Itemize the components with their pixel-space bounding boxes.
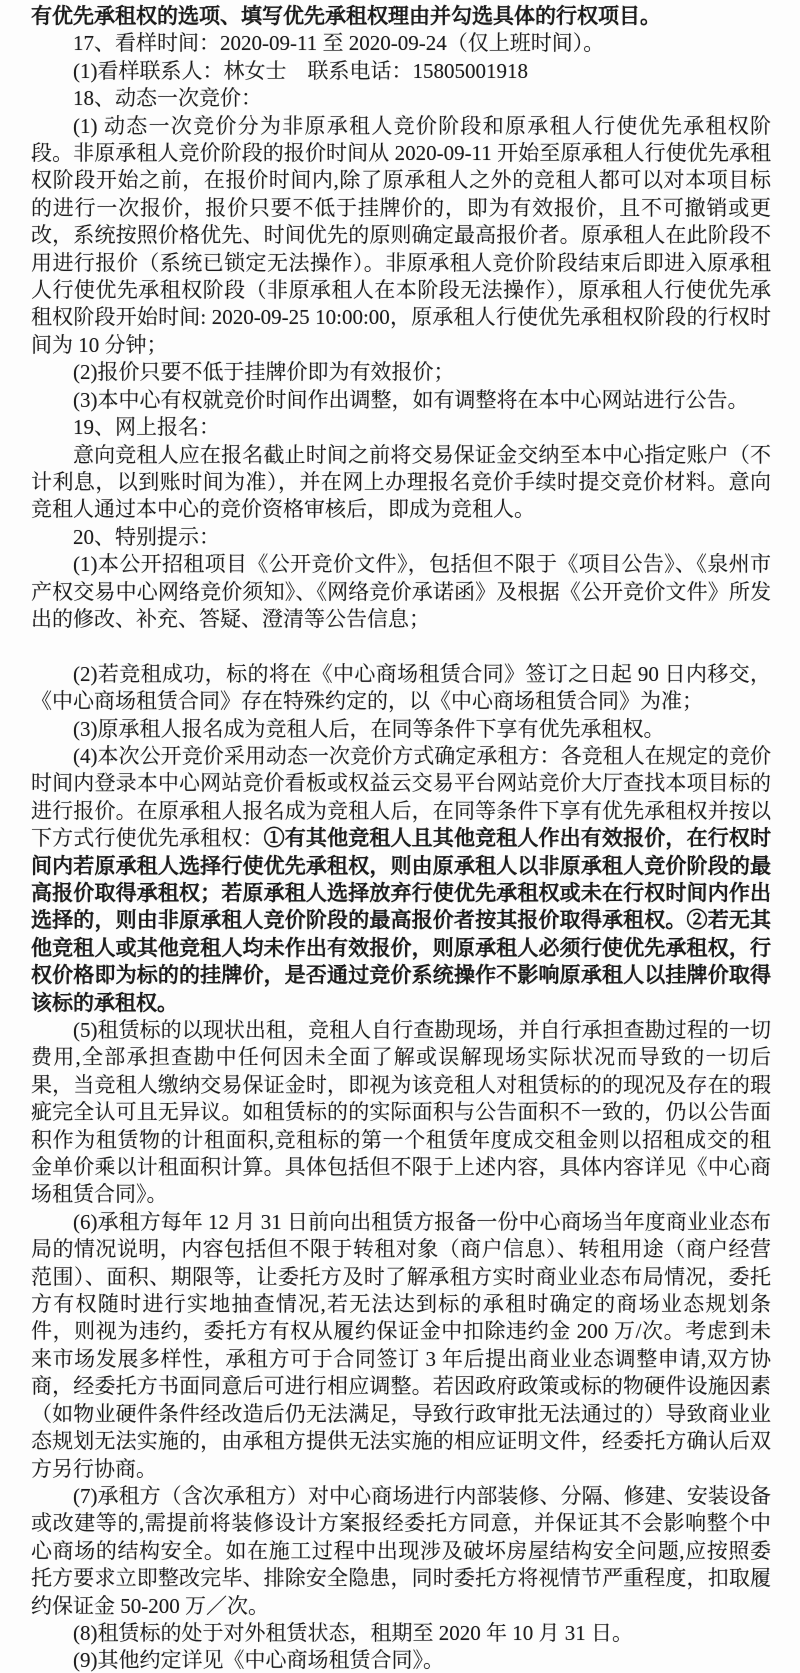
paragraph-text: (1)本公开招租项目《公开竞价文件》，包括但不限于《项目公告》、《泉州市产权交易… [31, 552, 771, 631]
paragraph: (1) 动态一次竞价分为非原承租人竞价阶段和原承租人行使优先承租权阶段。非原承租… [31, 113, 771, 360]
paragraph-text: (7)承租方（含次承租方）对中心商场进行内部装修、分隔、修建、安装设备或改建等的… [31, 1484, 771, 1618]
paragraph: (5)租赁标的以现状出租，竞租人自行查勘现场，并自行承担查勘过程的一切费用,全部… [31, 1017, 771, 1209]
paragraph: (4)本次公开竞价采用动态一次竞价方式确定承租方：各竞租人在规定的竞价时间内登录… [31, 743, 771, 1017]
paragraph: 18、动态一次竞价： [31, 85, 771, 112]
paragraph-text: (1) 动态一次竞价分为非原承租人竞价阶段和原承租人行使优先承租权阶段。非原承租… [31, 114, 771, 357]
paragraph: (3)原承租人报名成为竞租人后，在同等条件下享有优先承租权。 [31, 716, 771, 743]
paragraph: (8)租赁标的处于对外租赁状态，租期至 2020 年 10 月 31 日。 [31, 1620, 771, 1647]
paragraph: 20、特别提示： [31, 524, 771, 551]
paragraph: 17、看样时间：2020-09-11 至 2020-09-24（仅上班时间）。 [31, 30, 771, 57]
paragraph-text: 17、看样时间：2020-09-11 至 2020-09-24（仅上班时间）。 [73, 31, 604, 55]
paragraph-text: (1)看样联系人：林女士 联系电话：15805001918 [73, 59, 528, 83]
paragraph: 有优先承租权的选项、填写优先承租权理由并勾选具体的行权项目。 [31, 3, 771, 30]
document-body: 有优先承租权的选项、填写优先承租权理由并勾选具体的行权项目。17、看样时间：20… [31, 3, 771, 1673]
paragraph: (9)其他约定详见《中心商场租赁合同》。 [31, 1647, 771, 1673]
paragraph-text: (8)租赁标的处于对外租赁状态，租期至 2020 年 10 月 31 日。 [73, 1621, 633, 1645]
paragraph: (2)报价只要不低于挂牌价即为有效报价； [31, 359, 771, 386]
paragraph: (2)若竞租成功，标的将在《中心商场租赁合同》签订之日起 90 日内移交，《中心… [31, 661, 771, 716]
document-page: 有优先承租权的选项、填写优先承租权理由并勾选具体的行权项目。17、看样时间：20… [0, 0, 800, 1673]
paragraph-bold-text: ①有其他竞租人且其他竞租人作出有效报价，在行权时间内若原承租人选择行使优先承租权… [31, 826, 771, 1014]
paragraph-text: 19、网上报名： [73, 415, 220, 439]
paragraph: 19、网上报名： [31, 414, 771, 441]
paragraph-text: 意向竞租人应在报名截止时间之前将交易保证金交纳至本中心指定账户（不计利息，以到账… [31, 443, 771, 522]
paragraph: (1)本公开招租项目《公开竞价文件》，包括但不限于《项目公告》、《泉州市产权交易… [31, 551, 771, 633]
paragraph-text: (6)承租方每年 12 月 31 日前向出租赁方报备一份中心商场当年度商业业态布… [31, 1210, 771, 1481]
paragraph: 意向竞租人应在报名截止时间之前将交易保证金交纳至本中心指定账户（不计利息，以到账… [31, 442, 771, 524]
paragraph-text: 18、动态一次竞价： [73, 86, 262, 110]
paragraph-bold-text: 有优先承租权的选项、填写优先承租权理由并勾选具体的行权项目。 [31, 4, 661, 28]
paragraph: (3)本中心有权就竞价时间作出调整，如有调整将在本中心网站进行公告。 [31, 387, 771, 414]
paragraph-text: (9)其他约定详见《中心商场租赁合同》。 [73, 1648, 444, 1672]
paragraph-text: (3)原承租人报名成为竞租人后，在同等条件下享有优先承租权。 [73, 717, 664, 741]
paragraph-text: (5)租赁标的以现状出租，竞租人自行查勘现场，并自行承担查勘过程的一切费用,全部… [31, 1018, 771, 1206]
paragraph-text: (3)本中心有权就竞价时间作出调整，如有调整将在本中心网站进行公告。 [73, 388, 748, 412]
paragraph: (7)承租方（含次承租方）对中心商场进行内部装修、分隔、修建、安装设备或改建等的… [31, 1483, 771, 1620]
paragraph-text: (2)报价只要不低于挂牌价即为有效报价； [73, 360, 455, 384]
paragraph: (1)看样联系人：林女士 联系电话：15805001918 [31, 58, 771, 85]
paragraph: (6)承租方每年 12 月 31 日前向出租赁方报备一份中心商场当年度商业业态布… [31, 1209, 771, 1483]
paragraph-text: (2)若竞租成功，标的将在《中心商场租赁合同》签订之日起 90 日内移交，《中心… [31, 662, 771, 713]
paragraph-text: 20、特别提示： [73, 525, 220, 549]
